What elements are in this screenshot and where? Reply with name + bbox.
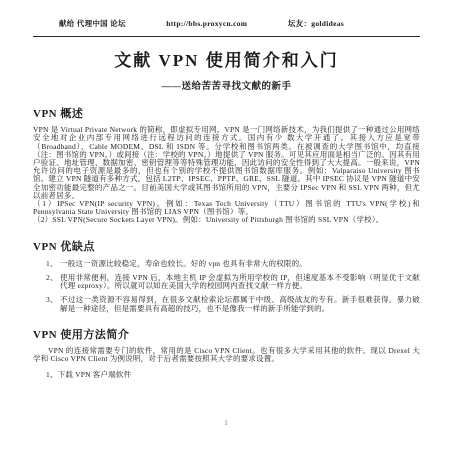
page-title: 文献 VPN 使用简介和入门 xyxy=(33,50,420,71)
list-item-marker: 1、 xyxy=(46,260,60,268)
header-forum-url: http://bbs.proxycn.com xyxy=(166,19,247,28)
list-item-marker: 2、 xyxy=(46,274,60,290)
pros-cons-list: 1、 一般这一资源比较稳定，寿命也较长。好的 vpn 也具有非常大的权限的。 2… xyxy=(33,260,420,313)
list-item-marker: 3、 xyxy=(46,296,60,312)
overview-example-ssl: （2）SSL VPN(Secure Sockets Layer VPN)。例如：… xyxy=(33,216,420,224)
page-number: 1 xyxy=(0,419,452,427)
list-item-text: 不过这一类资源不容易得到，在很多文献检索论坛都属于中级、高级战友的专有。新手很难… xyxy=(60,296,420,312)
list-item-text: 一般这一资源比较稳定，寿命也较长。好的 vpn 也具有非常大的权限的。 xyxy=(60,260,420,268)
page-subtitle: ——送给苦苦寻找文献的新手 xyxy=(33,78,420,92)
list-item-text: 使用非常便利，连接 VPN 后，本地主机 IP 会虚拟为所用学校的 IP，但速度… xyxy=(60,274,420,290)
overview-paragraph: VPN 是 Virtual Private Network 的简称，即虚拟专用网… xyxy=(33,126,420,200)
section-heading-usage: VPN 使用方法简介 xyxy=(33,326,420,342)
list-item: 2、 使用非常便利，连接 VPN 后，本地主机 IP 会虚拟为所用学校的 IP，… xyxy=(33,274,420,290)
header-dedication: 献给 代理中国 论坛 xyxy=(59,18,126,29)
section-heading-overview: VPN 概述 xyxy=(33,105,420,121)
usage-step-1: 1、下载 VPN 客户端软件 xyxy=(33,371,420,379)
document-header: 献给 代理中国 论坛 http://bbs.proxycn.com 坛友：gol… xyxy=(33,18,420,29)
header-divider xyxy=(33,36,420,37)
section-heading-pros-cons: VPN 优缺点 xyxy=(33,238,420,254)
list-item: 3、 不过这一类资源不容易得到，在很多文献检索论坛都属于中级、高级战友的专有。新… xyxy=(33,296,420,312)
usage-intro-paragraph: VPN 的连接常需要专门的软件，常用的是 Cisco VPN Client。也有… xyxy=(33,347,420,363)
list-item: 1、 一般这一资源比较稳定，寿命也较长。好的 vpn 也具有非常大的权限的。 xyxy=(33,260,420,268)
document-page: 献给 代理中国 论坛 http://bbs.proxycn.com 坛友：gol… xyxy=(0,0,452,452)
header-author: 坛友：goldideas xyxy=(288,18,344,29)
